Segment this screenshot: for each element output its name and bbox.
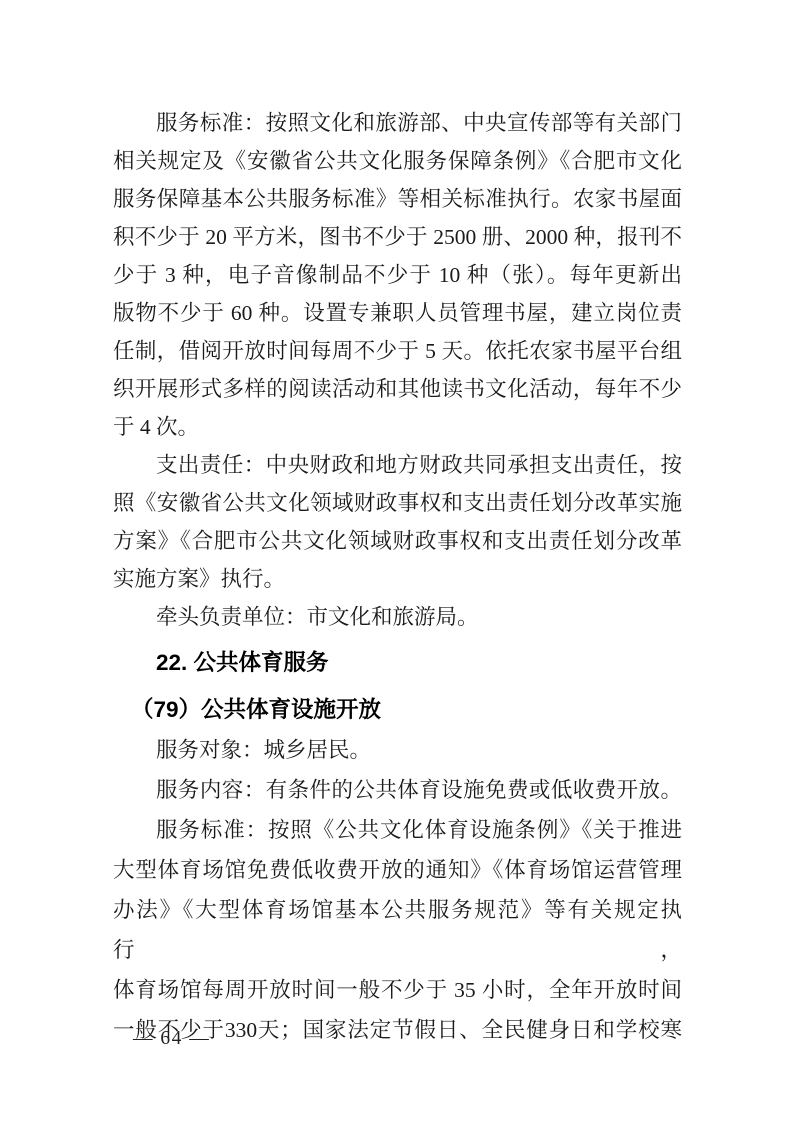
document-page: 服务标准：按照文化和旅游部、中央宣传部等有关部门 相关规定及《安徽省公共文化服务… <box>0 0 793 1122</box>
lead-unit-line: 牵头负责单位：市文化和旅游局。 <box>113 598 682 636</box>
text-line: 服务保障基本公共服务标准》等相关标准执行。农家书屋面 <box>113 180 682 218</box>
text-line: 任制，借阅开放时间每周不少于 5 天。依托农家书屋平台组 <box>113 332 682 370</box>
text-line: 服务标准：按照《公共文化体育设施条例》《关于推进 <box>113 810 682 850</box>
service-target-line: 服务对象：城乡居民。 <box>113 730 682 770</box>
text-line: 体育场馆每周开放时间一般不少于 35 小时，全年开放时间 <box>113 970 682 1010</box>
text-line: 版物不少于 60 种。设置专兼职人员管理书屋，建立岗位责 <box>113 294 682 332</box>
text-line: 大型体育场馆免费低收费开放的通知》《体育场馆运营管理 <box>113 850 682 890</box>
text-line: 支出责任：中央财政和地方财政共同承担支出责任，按 <box>113 446 682 484</box>
paragraph-expenditure-responsibility: 支出责任：中央财政和地方财政共同承担支出责任，按 照《安徽省公共文化领域财政事权… <box>113 446 682 598</box>
text-line: 实施方案》执行。 <box>113 560 682 598</box>
section-heading-22: 22. 公共体育服务 <box>113 643 682 683</box>
item-heading-79: （79）公共体育设施开放 <box>113 690 682 730</box>
paragraph-service-standard-sports: 服务标准：按照《公共文化体育设施条例》《关于推进 大型体育场馆免费低收费开放的通… <box>113 810 682 1050</box>
service-content-line: 服务内容：有条件的公共体育设施免费或低收费开放。 <box>113 770 682 810</box>
text-line: 少于 3 种，电子音像制品不少于 10 种（张）。每年更新出 <box>113 256 682 294</box>
page-number: — 64 — <box>133 1028 210 1050</box>
text-line: 积不少于 20 平方米，图书不少于 2500 册、2000 种，报刊不 <box>113 218 682 256</box>
text-line: 方案》《合肥市公共文化领域财政事权和支出责任划分改革 <box>113 522 682 560</box>
text-line: 织开展形式多样的阅读活动和其他读书文化活动，每年不少 <box>113 370 682 408</box>
text-line: 于 4 次。 <box>113 408 682 446</box>
text-line: 服务标准：按照文化和旅游部、中央宣传部等有关部门 <box>113 104 682 142</box>
text-line: 办法》《大型体育场馆基本公共服务规范》等有关规定执行， <box>113 890 682 970</box>
text-line: 照《安徽省公共文化领域财政事权和支出责任划分改革实施 <box>113 484 682 522</box>
paragraph-service-standard-culture: 服务标准：按照文化和旅游部、中央宣传部等有关部门 相关规定及《安徽省公共文化服务… <box>113 104 682 446</box>
page-body: 服务标准：按照文化和旅游部、中央宣传部等有关部门 相关规定及《安徽省公共文化服务… <box>113 104 682 1050</box>
text-line: 相关规定及《安徽省公共文化服务保障条例》《合肥市文化 <box>113 142 682 180</box>
